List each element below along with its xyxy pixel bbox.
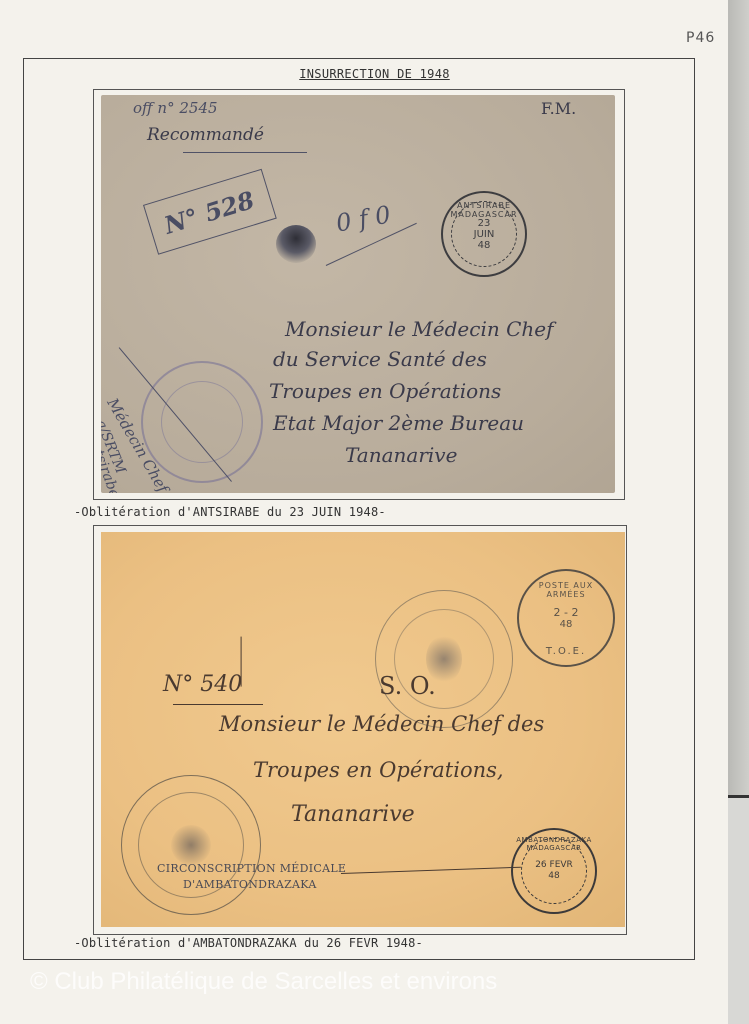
address-line: Etat Major 2ème Bureau [273, 411, 524, 435]
local-postmark-ring: AMBATONDRAZAKA MADAGASCAR [513, 836, 595, 852]
cover-2-medical-cachet [121, 775, 261, 915]
military-postmark-year: 48 [560, 619, 573, 630]
military-postmark-ring: POSTE AUX ARMÉES [519, 581, 613, 599]
cover-2-service-cachet [375, 590, 513, 728]
scan-edge [728, 0, 749, 1024]
military-postmark-date: 2 - 2 [554, 606, 579, 619]
cover-1-franchise: F.M. [541, 99, 576, 118]
address-line: Tananarive [291, 802, 415, 827]
address-line: du Service Santé des [273, 347, 487, 371]
page-heading: INSURRECTION DE 1948 [0, 67, 749, 81]
military-postmark-bottom: T.O.E. [546, 646, 586, 657]
cover-2-cachet-line-1: CIRCONSCRIPTION MÉDICALE [157, 862, 346, 875]
cover-2-cachet-line-2: D'AMBATONDRAZAKA [183, 878, 317, 891]
cover-1-caption: -Oblitération d'ANTSIRABE du 23 JUIN 194… [74, 505, 386, 519]
address-line: Troupes en Opérations, [253, 758, 504, 782]
scan-edge-lower [728, 798, 749, 1024]
cover-2-caption: -Oblitération d'AMBATONDRAZAKA du 26 FEV… [74, 936, 423, 950]
cover-1-reference: off n° 2545 [133, 99, 218, 117]
cover-1-postmark-ring: ANTSIRABE MADAGASCAR [443, 201, 525, 219]
address-line: Tananarive [345, 443, 457, 467]
copyright-watermark: © Club Philatélique de Sarcelles et envi… [30, 968, 497, 996]
cover-1-postmark: ANTSIRABE MADAGASCAR 23 JUIN 48 [441, 191, 527, 277]
cover-2-military-postmark: POSTE AUX ARMÉES 2 - 2 48 T.O.E. [517, 569, 615, 667]
cover-2-envelope: POSTE AUX ARMÉES 2 - 2 48 T.O.E. N° 540 … [101, 532, 625, 927]
address-line: Monsieur le Médecin Chef [285, 317, 554, 341]
cover-1-envelope: off n° 2545 Recommandé F.M. N° 528 0 f 0… [101, 95, 615, 493]
cover-2-flourish [341, 867, 521, 874]
cover-1-underline [183, 152, 307, 153]
cover-2-underline [173, 704, 263, 705]
cover-2-vertical-stroke [240, 637, 241, 687]
page-number: P46 [686, 30, 715, 46]
cover-2-registration-number: N° 540 [163, 672, 242, 697]
cover-1-registered: Recommandé [147, 125, 264, 145]
cover-2-service-mark: S. O. [379, 672, 436, 700]
address-line: Monsieur le Médecin Chef des [219, 712, 544, 736]
cover-2-local-postmark: AMBATONDRAZAKA MADAGASCAR 26 FEVR 48 [511, 828, 597, 914]
cover-1-postage: 0 f 0 [334, 200, 393, 237]
cover-1-ink-blot [273, 219, 319, 269]
address-line: Troupes en Opérations [269, 379, 501, 403]
